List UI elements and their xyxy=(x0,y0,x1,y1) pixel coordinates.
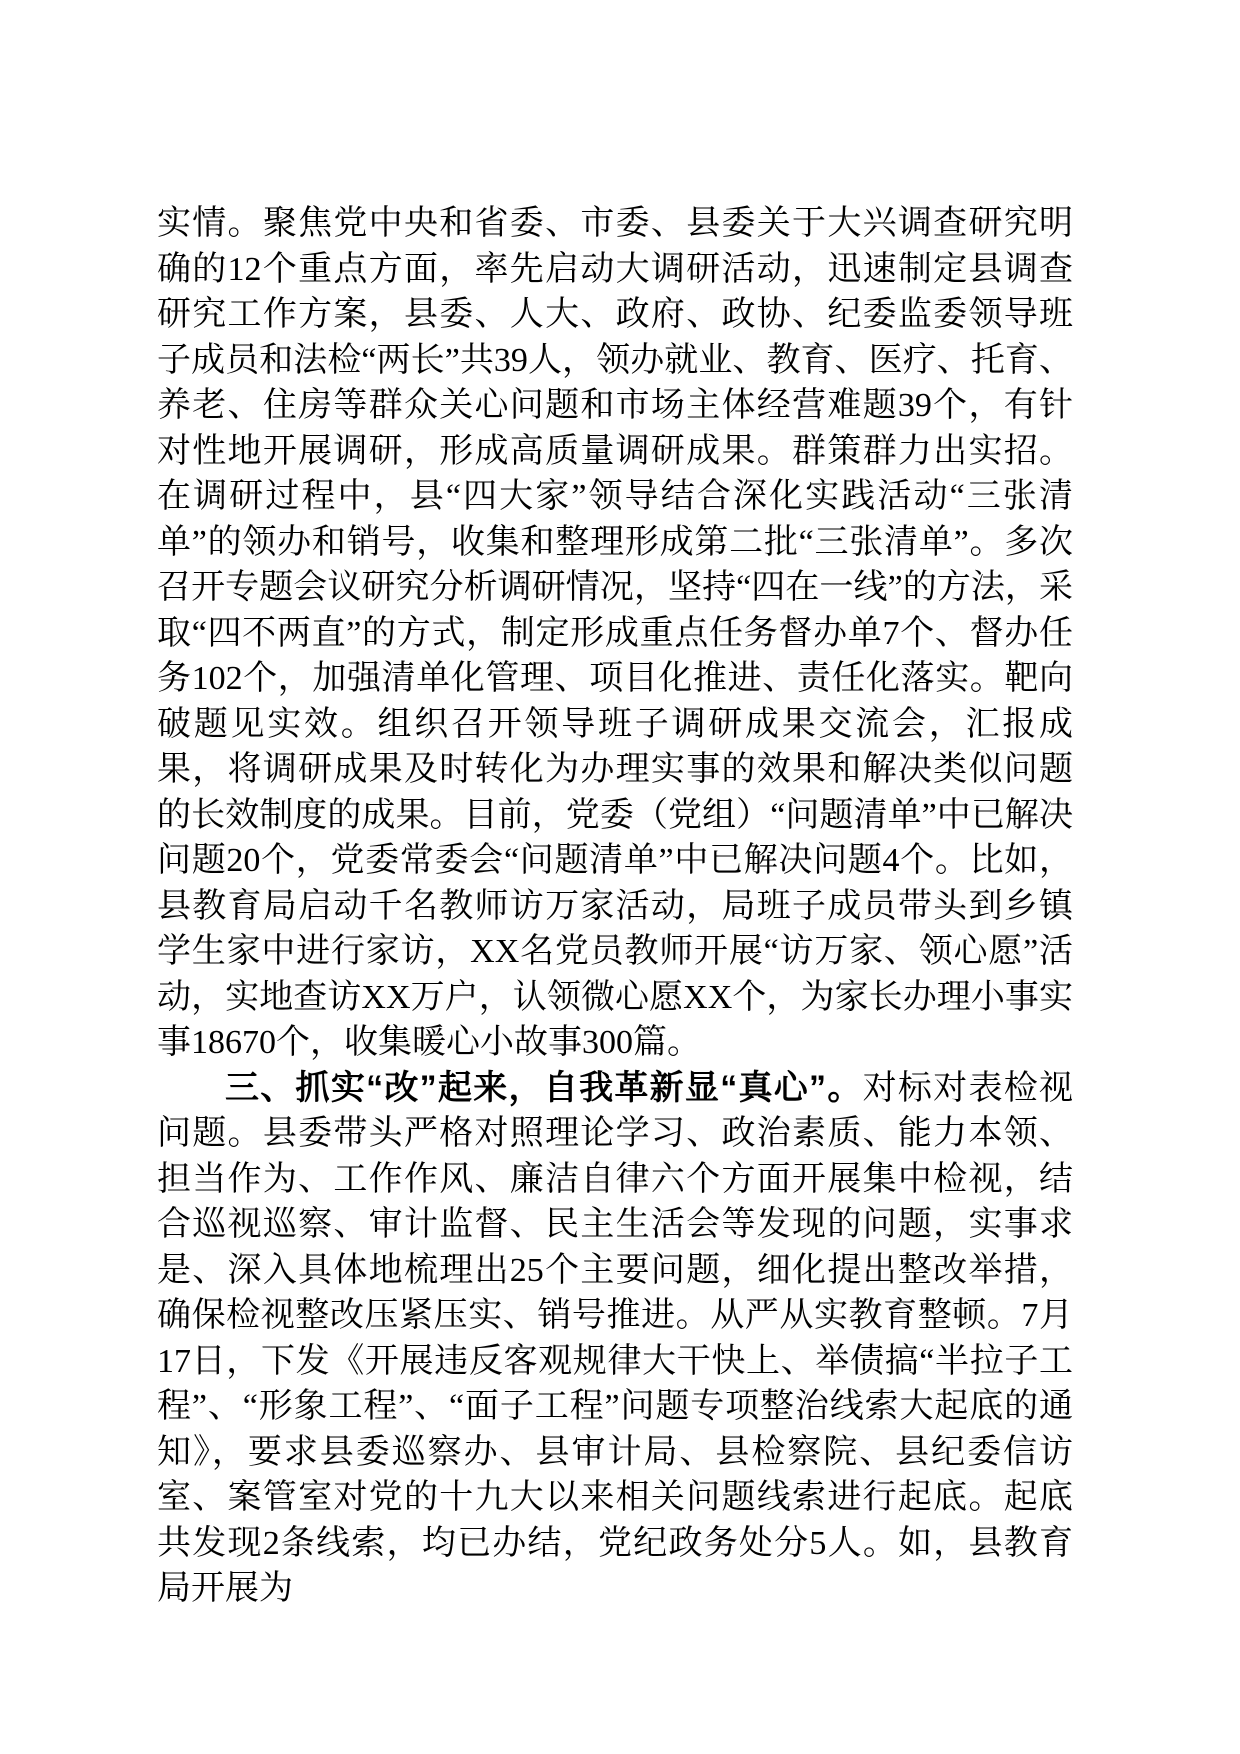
document-body: 实情。聚焦党中央和省委、市委、县委关于大兴调查研究明确的12个重点方面，率先启动… xyxy=(157,201,1073,1612)
body-text-segment: 对标对表检视问题。县委带头严格对照理论学习、政治素质、能力本领、担当作为、工作作… xyxy=(157,1070,1073,1608)
body-text-segment: 实情。聚焦党中央和省委、市委、县委关于大兴调查研究明确的12个重点方面，率先启动… xyxy=(157,205,1073,1061)
document-page: 实情。聚焦党中央和省委、市委、县委关于大兴调查研究明确的12个重点方面，率先启动… xyxy=(0,0,1240,1754)
section-heading-bold: 三、抓实“改”起来，自我革新显“真心”。 xyxy=(225,1069,863,1107)
paragraph-continuation: 实情。聚焦党中央和省委、市委、县委关于大兴调查研究明确的12个重点方面，率先启动… xyxy=(157,201,1073,1066)
paragraph-section-three: 三、抓实“改”起来，自我革新显“真心”。对标对表检视问题。县委带头严格对照理论学… xyxy=(157,1066,1073,1612)
